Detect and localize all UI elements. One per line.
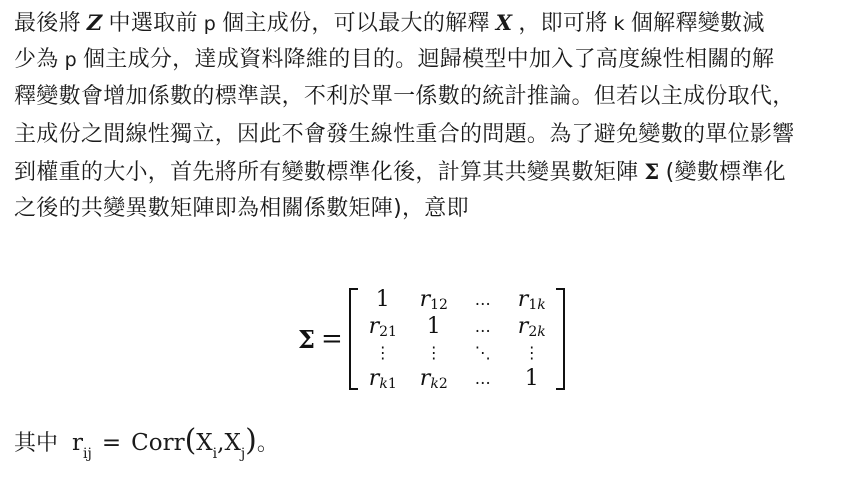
text-run: 個主成份，可以最大的解釋	[222, 11, 490, 36]
paragraph-line: 少為p個主成分，達成資料降維的目的。迴歸模型中加入了高度線性相關的解	[14, 41, 850, 78]
cell-subscript: 12	[430, 297, 448, 313]
text-run: (變數標準化	[666, 160, 786, 185]
cell-base: …	[475, 290, 491, 309]
covariance-matrix-equation: Σ = 1r12…r1kr211…r2k⋮⋮⋱⋮rk1rk2…1	[298, 284, 565, 394]
x-i-symbol: Xi	[196, 430, 217, 460]
correlation-matrix: 1r12…r1kr211…r2k⋮⋮⋱⋮rk1rk2…1	[349, 286, 565, 392]
x-j-symbol: Xj	[224, 430, 245, 460]
equals-sign: =	[321, 324, 343, 354]
cell-base: …	[475, 317, 491, 336]
x-base: X	[196, 430, 212, 456]
text-run: 中選取前	[109, 11, 198, 36]
cell-base: r	[518, 287, 529, 312]
cell-base: r	[420, 366, 431, 391]
cell-base: r	[369, 366, 380, 391]
matrix-symbol: X	[490, 10, 519, 35]
matrix-cell: r1k	[507, 286, 557, 313]
matrix-cell: ⋮	[409, 340, 459, 365]
x-subscript: i	[213, 446, 217, 462]
cell-base: ⋮	[375, 343, 391, 362]
text-run: 釋變數會增加係數的標準誤，不利於單一係數的統計推論。但若以主成份取代，	[14, 84, 795, 109]
cell-base: 1	[525, 366, 539, 391]
cell-subscript: 1k	[528, 297, 545, 313]
paragraph-line: 最後將Z中選取前p個主成份，可以最大的解釋X，即可將k個解釋變數減	[14, 4, 850, 41]
text-run: 個解釋變數減	[631, 11, 765, 36]
r-subscript: ij	[83, 446, 92, 462]
cell-subscript: k2	[430, 376, 447, 392]
variable-symbol: p	[59, 49, 83, 71]
matrix-cell: …	[459, 365, 507, 392]
matrix-cell: ⋱	[459, 340, 507, 365]
period: 。	[257, 426, 279, 457]
sigma-symbol: Σ	[638, 159, 665, 184]
body-paragraph: 最後將Z中選取前p個主成份，可以最大的解釋X，即可將k個解釋變數減少為p個主成分…	[14, 4, 850, 227]
comma: ,	[217, 430, 224, 456]
sigma-symbol: Σ	[298, 325, 315, 354]
cell-base: r	[420, 287, 431, 312]
corr-function: Corr	[131, 430, 184, 456]
matrix-cell: 1	[357, 286, 409, 313]
cell-base: r	[369, 314, 380, 339]
matrix-cell: rk2	[409, 365, 459, 392]
matrix-cell: rk1	[357, 365, 409, 392]
r-base: r	[72, 430, 83, 456]
matrix-cell: ⋮	[357, 340, 409, 365]
matrix-cell: r21	[357, 313, 409, 340]
variable-symbol: p	[198, 13, 222, 35]
text-run: ，即可將	[518, 11, 607, 36]
equals-sign: =	[102, 430, 121, 456]
close-paren: )	[245, 426, 257, 456]
text-run: 少為	[14, 47, 59, 72]
matrix-cell: r12	[409, 286, 459, 313]
cell-base: ⋮	[426, 343, 442, 362]
matrix-cell: r2k	[507, 313, 557, 340]
matrix-symbol: Z	[81, 10, 109, 35]
x-subscript: j	[241, 446, 245, 462]
matrix-cell: 1	[507, 365, 557, 392]
cell-base: ⋮	[524, 343, 540, 362]
definition-line: 其中 rij = Corr ( Xi , Xj ) 。	[14, 426, 279, 460]
matrix-cell: …	[459, 313, 507, 340]
text-run: 個主成分，達成資料降維的目的。迴歸模型中加入了高度線性相關的解	[83, 47, 774, 72]
matrix-cell: …	[459, 286, 507, 313]
open-paren: (	[185, 426, 197, 456]
cell-base: …	[475, 369, 491, 388]
text-run: 之後的共變異數矩陣即為相關係數矩陣)，意即	[14, 196, 469, 221]
cell-base: ⋱	[475, 343, 491, 362]
paragraph-line: 釋變數會增加係數的標準誤，不利於單一係數的統計推論。但若以主成份取代，	[14, 78, 850, 115]
matrix-cell: ⋮	[507, 340, 557, 365]
paragraph-line: 之後的共變異數矩陣即為相關係數矩陣)，意即	[14, 190, 850, 227]
text-run: 到權重的大小，首先將所有變數標準化後，計算其共變異數矩陣	[14, 160, 638, 185]
variable-symbol: k	[608, 13, 631, 35]
cell-subscript: 2k	[528, 324, 545, 340]
text-run: 最後將	[14, 11, 81, 36]
x-base: X	[224, 430, 240, 456]
cell-base: 1	[376, 287, 390, 312]
text-run: 主成份之間線性獨立，因此不會發生線性重合的問題。為了避免變數的單位影響	[14, 122, 795, 147]
matrix-cell: 1	[409, 313, 459, 340]
paragraph-line: 主成份之間線性獨立，因此不會發生線性重合的問題。為了避免變數的單位影響	[14, 116, 850, 153]
paragraph-line: 到權重的大小，首先將所有變數標準化後，計算其共變異數矩陣Σ(變數標準化	[14, 153, 850, 190]
cell-subscript: k1	[379, 376, 396, 392]
cell-base: r	[518, 314, 529, 339]
cell-subscript: 21	[379, 324, 397, 340]
cell-base: 1	[427, 314, 441, 339]
definition-prefix: 其中	[14, 426, 58, 457]
r-ij-symbol: rij	[72, 430, 92, 460]
